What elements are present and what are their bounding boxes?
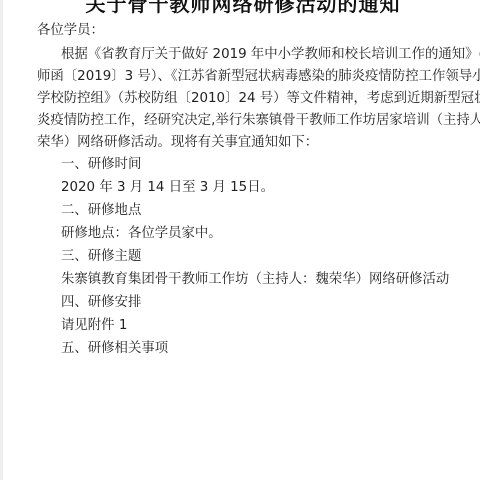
intro-line-2: 师函〔2019〕3 号）、《江苏省新型冠状病毒感染的肺炎疫情防控工作领导小组: [37, 69, 480, 85]
intro-line-1: 根据《省教育厅关于做好 2019 年中小学教师和校长培训工作的通知》(苏教: [61, 47, 480, 63]
section-heading-theme: 三、研修主题: [61, 249, 141, 265]
document-page: 关于骨干教师网络研修活动的通知 各位学员： 根据《省教育厅关于做好 2019 年…: [0, 0, 480, 480]
document-title: 关于骨干教师网络研修活动的通知: [3, 0, 480, 17]
intro-line-3: 学校防控组》（苏校防组〔2010〕24 号）等文件精神，考虑到近期新型冠状肺: [37, 91, 480, 107]
intro-line-4: 炎疫情防控工作，经研究决定,举行朱寨镇骨干教师工作坊居家培训（主持人：魏: [37, 113, 480, 129]
section-heading-time: 一、研修时间: [61, 157, 141, 173]
section-heading-arrangement: 四、研修安排: [61, 295, 141, 311]
section-body-theme: 朱寨镇教育集团骨干教师工作坊（主持人：魏荣华）网络研修活动: [61, 272, 449, 288]
intro-line-5: 荣华）网络研修活动。现将有关事宜通知如下：: [37, 135, 318, 151]
section-body-arrangement: 请见附件 1: [61, 318, 127, 334]
section-body-time: 2020 年 3 月 14 日至 3 月 15日。: [61, 180, 274, 196]
section-heading-location: 二、研修地点: [61, 203, 141, 219]
section-body-location: 研修地点：各位学员家中。: [61, 226, 222, 242]
salutation: 各位学员：: [37, 23, 104, 39]
section-heading-matters: 五、研修相关事项: [61, 341, 168, 357]
